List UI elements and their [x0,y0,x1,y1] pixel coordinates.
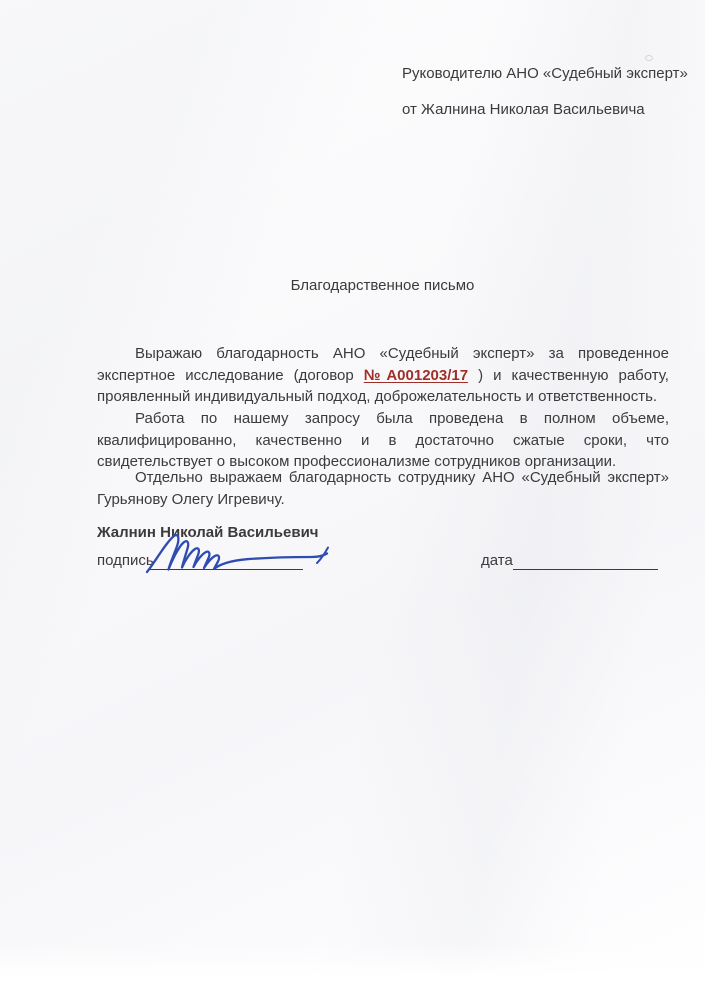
paragraph-2: Работа по нашему запросу была проведена … [97,408,669,473]
signature-label: подпись [97,552,154,569]
scanned-letter-page: Руководителю АНО «Судебный эксперт» от Ж… [0,0,705,1001]
paragraph-1: Выражаю благодарность АНО «Судебный эксп… [97,343,669,408]
letter-title: Благодарственное письмо [97,277,668,294]
contract-number: №А001203/17 [364,367,468,384]
signature-line [149,552,303,570]
signer-name: Жалнин Николай Васильевич [97,524,319,541]
letter-header: Руководителю АНО «Судебный эксперт» от Ж… [402,56,688,128]
date-label: дата [481,552,513,569]
paragraph-3: Отдельно выражаем благодарность сотрудни… [97,467,669,510]
date-line [513,552,658,570]
scan-speck [645,55,653,61]
recipient-line: Руководителю АНО «Судебный эксперт» [402,56,688,92]
sender-line: от Жалнина Николая Васильевича [402,92,688,128]
